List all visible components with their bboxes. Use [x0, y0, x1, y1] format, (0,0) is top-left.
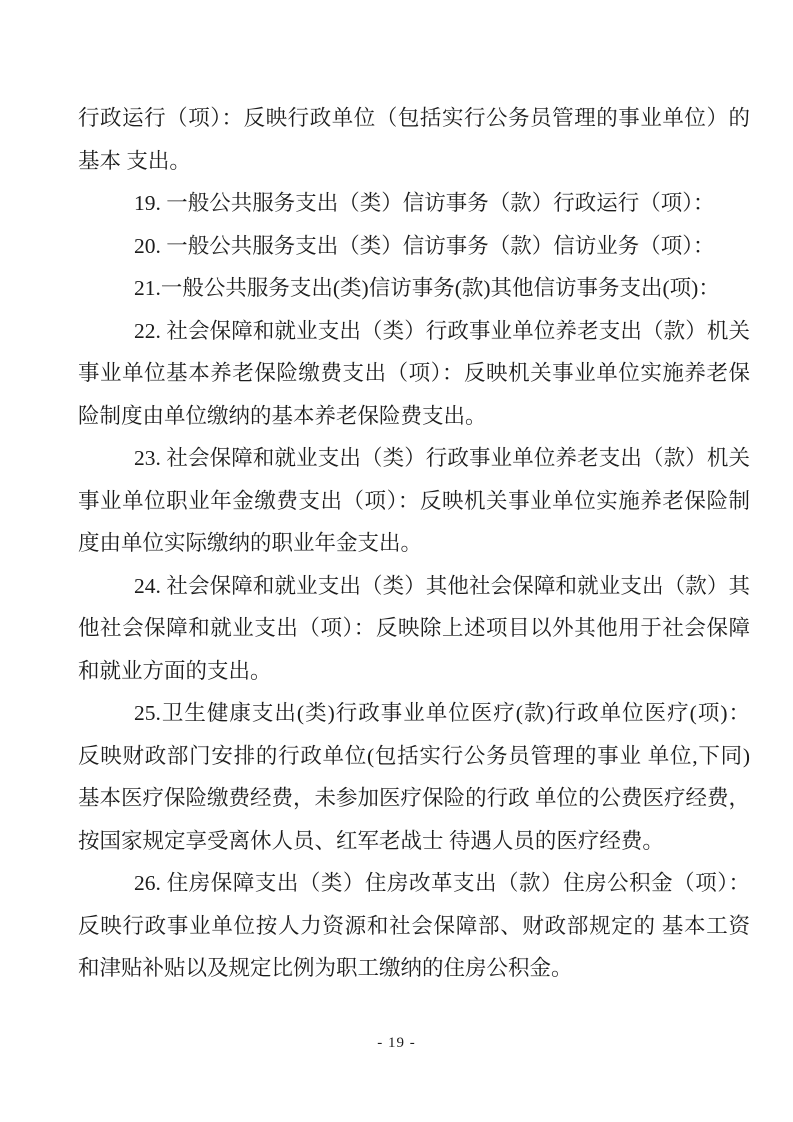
text-line: 26. 住房保障支出（类）住房改革支出（款）住房公积金（项）：	[78, 862, 750, 905]
text-line: 和就业方面的支出。	[78, 650, 750, 693]
page-number: - 19 -	[0, 1033, 793, 1053]
item-24: 24. 社会保障和就业支出（类）其他社会保障和就业支出（款）其他社会保障和就业支…	[78, 565, 750, 693]
document-page: 行政运行（项）：反映行政单位（包括实行公务员管理的事业单位）的基本 支出。19.…	[0, 0, 793, 1122]
text-line: 21.一般公共服务支出(类)信访事务(款)其他信访事务支出(项)：	[78, 267, 750, 310]
text-line: 基本医疗保险缴费经费，未参加医疗保险的行政 单位的公费医疗经费，	[78, 777, 750, 820]
text-line: 25.卫生健康支出(类)行政事业单位医疗(款)行政单位医疗(项)：	[78, 692, 750, 735]
text-line: 按国家规定享受离休人员、红军老战士 待遇人员的医疗经费。	[78, 820, 750, 863]
item-19: 19. 一般公共服务支出（类）信访事务（款）行政运行（项）：	[78, 182, 750, 225]
text-line: 事业单位基本养老保险缴费支出（项）：反映机关事业单位实施养老保	[78, 352, 750, 395]
text-line: 反映行政事业单位按人力资源和社会保障部、财政部规定的 基本工资	[78, 905, 750, 948]
text-line: 险制度由单位缴纳的基本养老保险费支出。	[78, 395, 750, 438]
document-body: 行政运行（项）：反映行政单位（包括实行公务员管理的事业单位）的基本 支出。19.…	[78, 97, 750, 990]
item-21: 21.一般公共服务支出(类)信访事务(款)其他信访事务支出(项)：	[78, 267, 750, 310]
text-line: 22. 社会保障和就业支出（类）行政事业单位养老支出（款）机关	[78, 310, 750, 353]
text-line: 事业单位职业年金缴费支出（项）：反映机关事业单位实施养老保险制	[78, 480, 750, 523]
item-20: 20. 一般公共服务支出（类）信访事务（款）信访业务（项）：	[78, 225, 750, 268]
text-line: 他社会保障和就业支出（项）：反映除上述项目以外其他用于社会保障	[78, 607, 750, 650]
text-line: 24. 社会保障和就业支出（类）其他社会保障和就业支出（款）其	[78, 565, 750, 608]
item-25: 25.卫生健康支出(类)行政事业单位医疗(款)行政单位医疗(项)：反映财政部门安…	[78, 692, 750, 862]
text-line: 20. 一般公共服务支出（类）信访事务（款）信访业务（项）：	[78, 225, 750, 268]
item-22: 22. 社会保障和就业支出（类）行政事业单位养老支出（款）机关事业单位基本养老保…	[78, 310, 750, 438]
text-line: 度由单位实际缴纳的职业年金支出。	[78, 522, 750, 565]
text-line: 19. 一般公共服务支出（类）信访事务（款）行政运行（项）：	[78, 182, 750, 225]
text-line: 行政运行（项）：反映行政单位（包括实行公务员管理的事业单位）的	[78, 97, 750, 140]
text-line: 23. 社会保障和就业支出（类）行政事业单位养老支出（款）机关	[78, 437, 750, 480]
text-line: 和津贴补贴以及规定比例为职工缴纳的住房公积金。	[78, 947, 750, 990]
text-line: 反映财政部门安排的行政单位(包括实行公务员管理的事业 单位,下同)	[78, 735, 750, 778]
para-continuation-xingzheng-yunxing: 行政运行（项）：反映行政单位（包括实行公务员管理的事业单位）的基本 支出。	[78, 97, 750, 182]
item-23: 23. 社会保障和就业支出（类）行政事业单位养老支出（款）机关事业单位职业年金缴…	[78, 437, 750, 565]
text-line: 基本 支出。	[78, 140, 750, 183]
item-26: 26. 住房保障支出（类）住房改革支出（款）住房公积金（项）：反映行政事业单位按…	[78, 862, 750, 990]
